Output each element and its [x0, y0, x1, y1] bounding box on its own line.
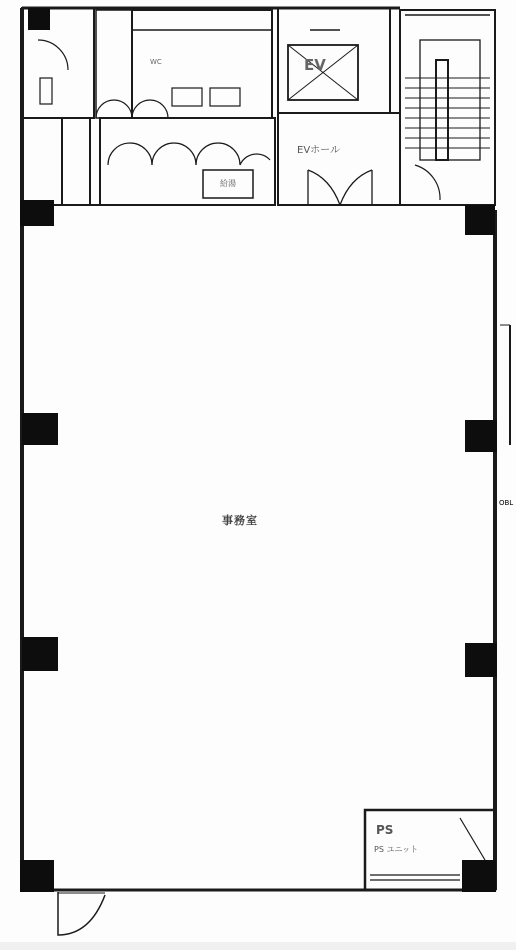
elevator-label: EV	[304, 56, 326, 74]
kitchen-label: 給湯	[220, 178, 236, 189]
floor-plan-drawing	[0, 0, 516, 942]
ev-hall-label: EVホール	[297, 141, 340, 156]
marker-label: OBL	[499, 499, 513, 507]
wc-label: WC	[150, 58, 162, 66]
viewer-bottom-strip	[0, 942, 516, 950]
main-office-label: 事務室	[222, 512, 258, 528]
ps-unit-label: PS ユニット	[374, 844, 418, 855]
ps-label: PS	[376, 823, 393, 837]
